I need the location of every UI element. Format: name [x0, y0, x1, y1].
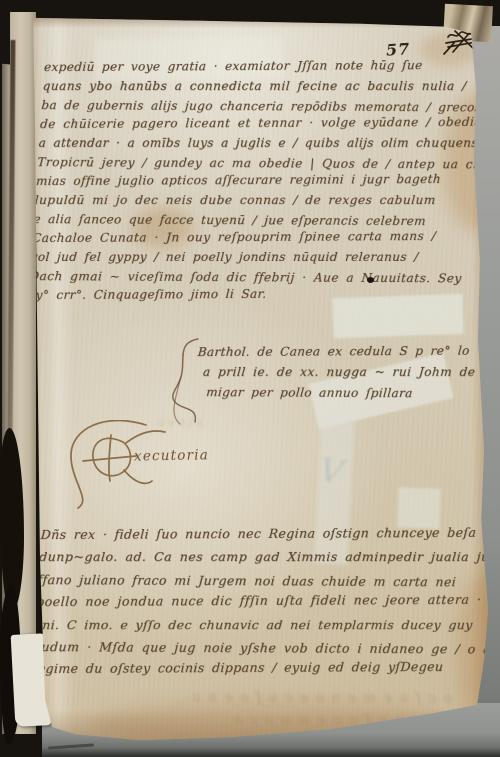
decorated-initial-E — [66, 420, 170, 512]
manuscript-line: a attendar · a omībs luys a juglis e / q… — [38, 134, 475, 153]
manuscript-line: ay° crr°. Cinquageſimo jimo li Sar. — [27, 284, 464, 305]
manuscript-line: dunp~galo. ad. Ca nes camp gad Ximmis ad… — [38, 546, 476, 568]
page-number: 57 — [385, 39, 411, 60]
manuscript-line: Cachaloe Cunata · Jn ouy reſpouprim ſpin… — [31, 227, 468, 248]
manuscript-line: ani. C imo. e yſſo dec chunavic ad nei t… — [34, 614, 472, 636]
manuscript-line: Dñs rex · fideli ſuo nuncio nec Regina o… — [40, 522, 478, 547]
manuscript-line: expediū per voye gratia · examiator Jſſa… — [43, 56, 480, 77]
manuscript-line: quans ybo hanūbs a connedicta mil fecine… — [42, 77, 479, 96]
manuscript-page: V u e o ſ a expediū per voye gratia · ex… — [28, 12, 490, 746]
show-through-line: o c ſ u e m a n o e c u ſ o e n u — [60, 686, 452, 710]
manuscript-line: regime du oſstey cocinis dippans / eyuig… — [31, 656, 469, 681]
note-line: a prill ie. de xx. nugga ~ rui Johm de — [195, 362, 477, 382]
manuscript-line: poello noe jondua nuce dic ffſin uſta fi… — [35, 589, 473, 614]
manuscript-line: vol jud fel gyppy / nei poelly jondins n… — [30, 248, 467, 267]
ink-blot — [367, 277, 374, 283]
manuscript-photo: V u e o ſ a expediū per voye gratia · ex… — [0, 0, 500, 757]
note-block: Barthol. de Canea ex cedula S p re° lo a… — [193, 342, 478, 402]
heading-executoria: xecutoria — [134, 447, 209, 464]
paragraph-2: Dñs rex · fideli ſuo nuncio nec Regina o… — [31, 524, 478, 681]
manuscript-line: mias offine juglio apticos aſſecurare re… — [35, 170, 472, 191]
note-line: migar per pollo annuo ſpillara — [193, 382, 475, 403]
note-line: Barthol. de Canea ex cedula S p re° lo — [197, 341, 479, 362]
gutter-dark-wedge — [0, 0, 10, 65]
paragraph-1: expediū per voye gratia · examiator Jſſa… — [27, 58, 480, 305]
manuscript-line: lupuldū mi jo dec neis dube connas / de … — [34, 191, 471, 210]
manuscript-line: de chūicerie pagero liceant et tennar · … — [39, 113, 476, 134]
